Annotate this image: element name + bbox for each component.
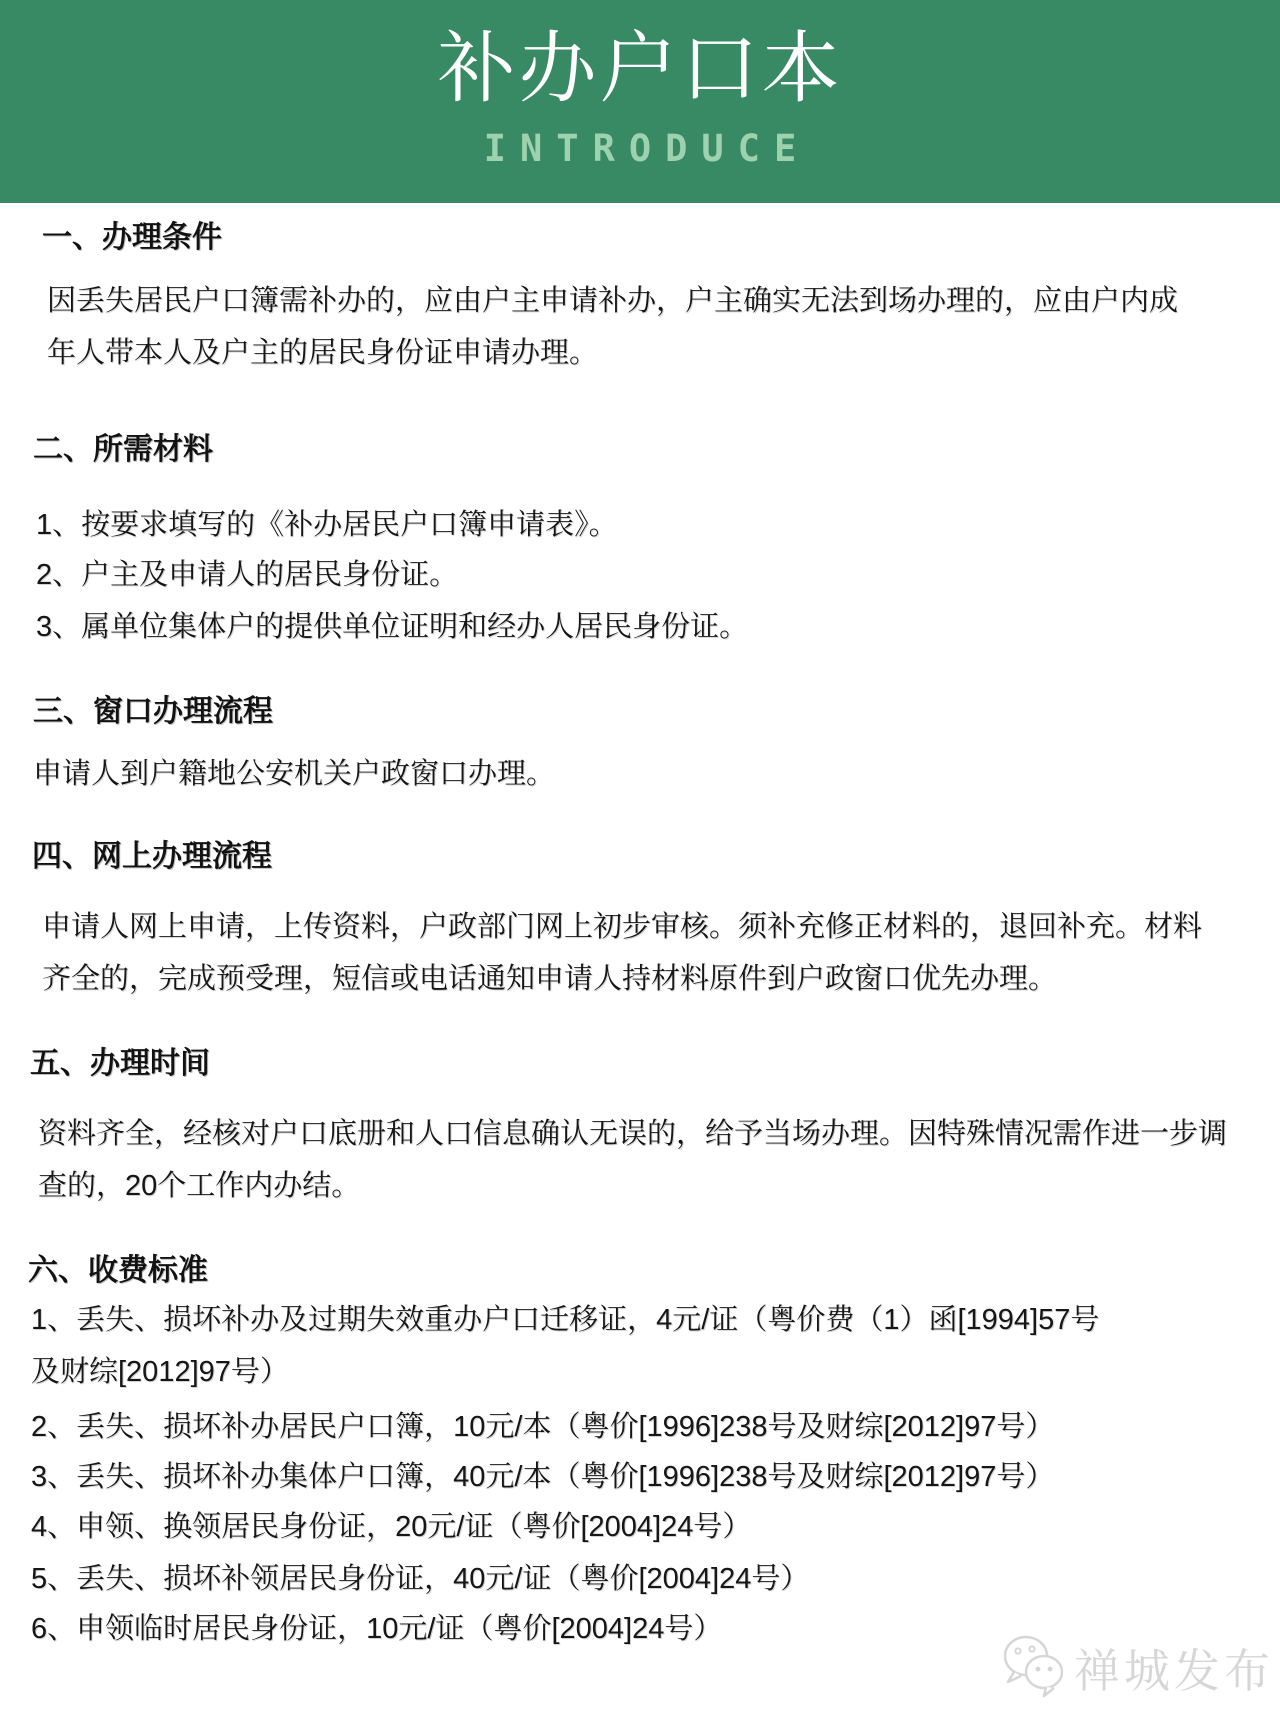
header-banner: 补办户口本 INTRODUCE: [0, 0, 1280, 203]
section-5-line-2: 查的，20个工作内办结。: [38, 1168, 360, 1204]
section-1-line-2: 年人带本人及户主的居民身份证申请办理。: [47, 335, 598, 371]
section-3-line-1: 申请人到户籍地公安机关户政窗口办理。: [33, 756, 555, 792]
section-1-heading: 一、办理条件: [42, 220, 222, 256]
section-6-item-4: 4、申领、换领居民身份证，20元/证（粤价[2004]24号）: [31, 1509, 751, 1545]
section-5-line-1: 资料齐全，经核对户口底册和人口信息确认无误的，给予当场办理。因特殊情况需作进一步…: [38, 1116, 1227, 1152]
section-3-heading: 三、窗口办理流程: [33, 694, 273, 730]
section-4-line-1: 申请人网上申请，上传资料，户政部门网上初步审核。须补充修正材料的，退回补充。材料: [42, 909, 1202, 945]
wechat-icon: [1002, 1632, 1068, 1703]
section-6-item-1-line-1: 1、丢失、损坏补办及过期失效重办户口迁移证，4元/证（粤价费（1）函[1994]…: [31, 1302, 1099, 1338]
section-2-heading: 二、所需材料: [33, 432, 213, 468]
section-6-item-2: 2、丢失、损坏补办居民户口簿，10元/本（粤价[1996]238号及财综[201…: [31, 1409, 1054, 1445]
page-subtitle: INTRODUCE: [0, 127, 1280, 170]
watermark-label: 禅城发布: [1074, 1635, 1274, 1701]
section-2-item-3: 3、属单位集体户的提供单位证明和经办人居民身份证。: [36, 609, 748, 645]
section-2-item-1: 1、按要求填写的《补办居民户口簿申请表》。: [36, 507, 618, 543]
page-title: 补办户口本: [0, 6, 1280, 118]
section-6-item-5: 5、丢失、损坏补领居民身份证，40元/证（粤价[2004]24号）: [31, 1561, 809, 1597]
section-6-item-3: 3、丢失、损坏补办集体户口簿，40元/本（粤价[1996]238号及财综[201…: [31, 1459, 1054, 1495]
section-6-item-6: 6、申领临时居民身份证，10元/证（粤价[2004]24号）: [31, 1611, 722, 1647]
document-page: 补办户口本 INTRODUCE 一、办理条件 因丢失居民户口簿需补办的，应由户主…: [0, 0, 1280, 1725]
watermark: 禅城发布: [1002, 1632, 1274, 1703]
section-5-heading: 五、办理时间: [30, 1046, 210, 1082]
section-6-item-1-line-2: 及财综[2012]97号）: [31, 1354, 289, 1390]
section-2-item-2: 2、户主及申请人的居民身份证。: [36, 557, 458, 593]
section-4-heading: 四、网上办理流程: [32, 839, 272, 875]
section-4-line-2: 齐全的，完成预受理，短信或电话通知申请人持材料原件到户政窗口优先办理。: [42, 961, 1057, 997]
section-1-line-1: 因丢失居民户口簿需补办的，应由户主申请补办，户主确实无法到场办理的，应由户内成: [47, 283, 1178, 319]
section-6-heading: 六、收费标准: [28, 1253, 208, 1289]
